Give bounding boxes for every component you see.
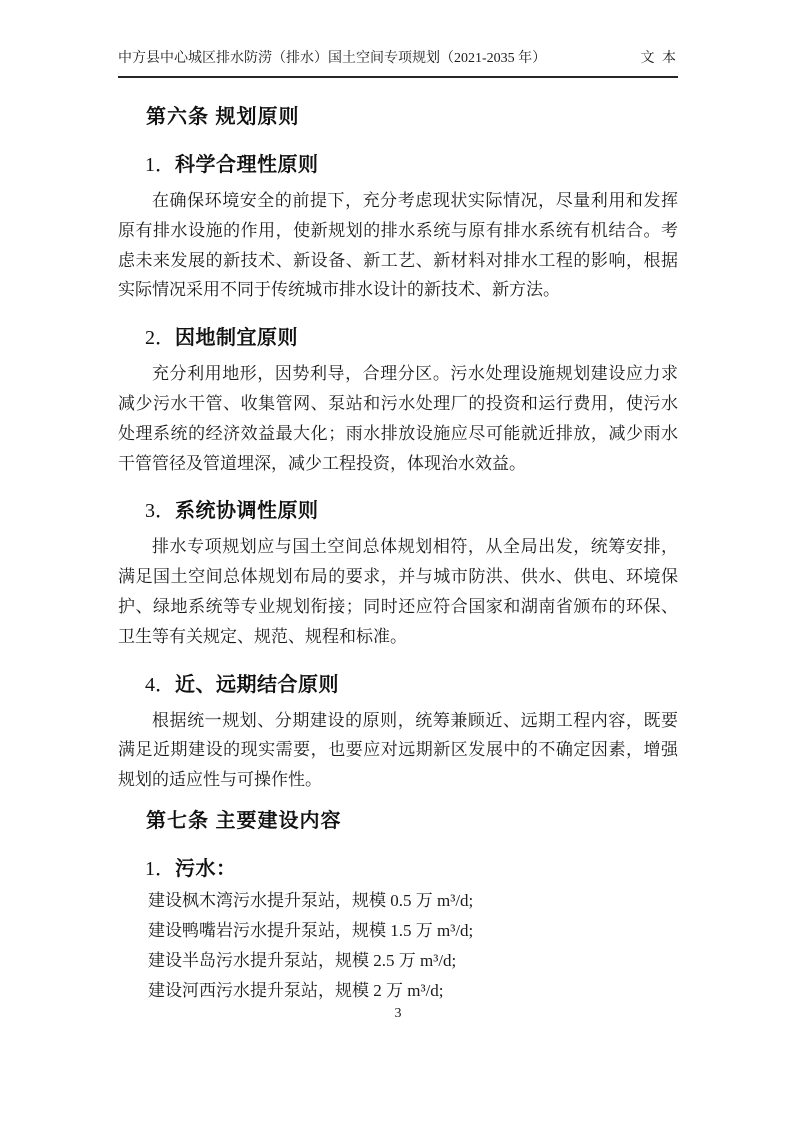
header-right-label: 文 本 [641,50,679,68]
principle-2-paragraph: 充分利用地形，因势利导，合理分区。污水处理设施规划建设应力求减少污水干管、收集管… [118,359,678,478]
principle-4-heading: 4．近、远期结合原则 [118,670,678,700]
principle-1-paragraph: 在确保环境安全的前提下，充分考虑现状实际情况，尽量利用和发挥原有排水设施的作用，… [118,186,678,305]
sewage-subheading-number: 1． [145,858,175,880]
document-body: 第六条 规划原则 1．科学合理性原则 在确保环境安全的前提下，充分考虑现状实际情… [118,96,678,1006]
principle-1-heading: 1．科学合理性原则 [118,150,678,180]
principle-3-heading: 3．系统协调性原则 [118,496,678,526]
article7-heading: 第七条 主要建设内容 [118,806,678,836]
page-number: 3 [118,1005,678,1023]
principle-1-title: 科学合理性原则 [175,154,319,176]
pump-station-item: 建设半岛污水提升泵站，规模 2.5 万 m³/d; [118,946,678,976]
page-header: 中方县中心城区排水防涝（排水）国土空间专项规划（2021-2035 年） 文 本 [118,50,678,78]
sewage-subheading: 1．污水： [118,854,678,884]
header-title: 中方县中心城区排水防涝（排水）国土空间专项规划（2021-2035 年） [118,50,546,68]
document-page: 中方县中心城区排水防涝（排水）国土空间专项规划（2021-2035 年） 文 本… [0,0,793,1122]
principle-2-number: 2． [145,327,175,349]
principle-1-number: 1． [145,154,175,176]
principle-4-paragraph: 根据统一规划、分期建设的原则，统筹兼顾近、远期工程内容，既要满足近期建设的现实需… [118,706,678,795]
principle-2-heading: 2．因地制宜原则 [118,323,678,353]
principle-3-title: 系统协调性原则 [175,500,319,522]
principle-2-title: 因地制宜原则 [175,327,298,349]
pump-station-item: 建设枫木湾污水提升泵站，规模 0.5 万 m³/d; [118,886,678,916]
principle-3-paragraph: 排水专项规划应与国土空间总体规划相符，从全局出发，统筹安排，满足国土空间总体规划… [118,532,678,651]
principle-4-title: 近、远期结合原则 [175,674,339,696]
pump-station-item: 建设鸭嘴岩污水提升泵站，规模 1.5 万 m³/d; [118,916,678,946]
principle-3-number: 3． [145,500,175,522]
pump-station-item: 建设河西污水提升泵站，规模 2 万 m³/d; [118,976,678,1006]
sewage-subheading-title: 污水： [175,858,237,880]
principle-4-number: 4． [145,674,175,696]
article6-heading: 第六条 规划原则 [118,102,678,132]
